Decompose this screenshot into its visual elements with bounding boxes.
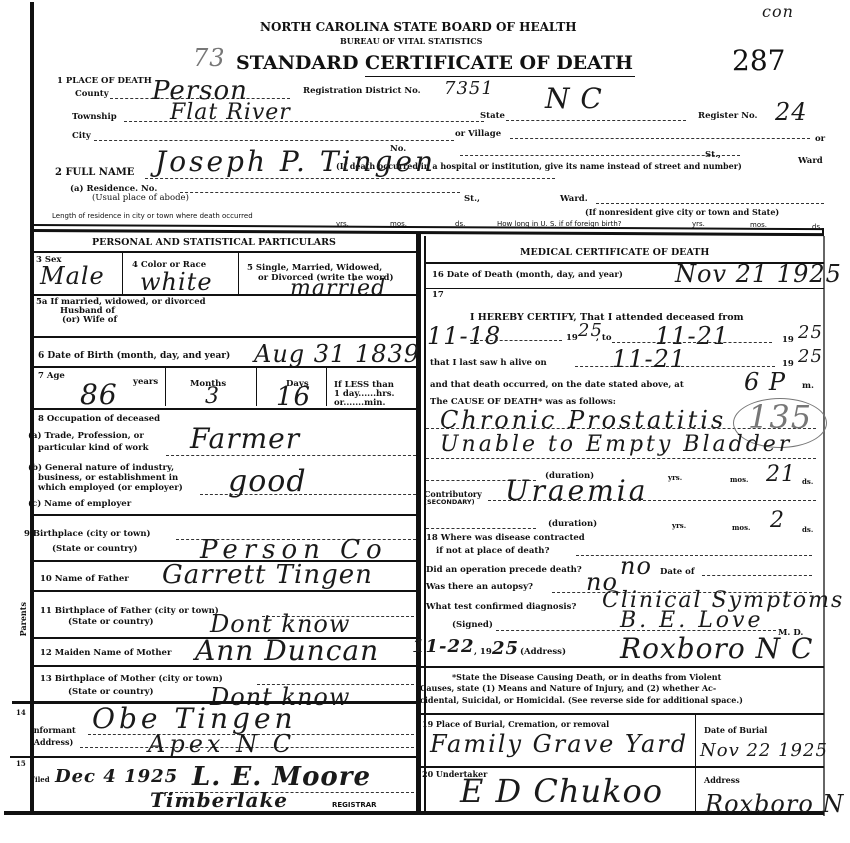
divider <box>238 252 239 294</box>
address-value[interactable]: Roxboro N C <box>620 632 813 665</box>
bottom-rule <box>4 811 824 815</box>
duration-2-yrs: yrs. <box>672 522 686 529</box>
trade-label-2: particular kind of work <box>38 444 148 453</box>
marital-value[interactable]: married <box>290 276 386 301</box>
duration-2-value[interactable]: 2 <box>770 508 785 533</box>
birthplace-sub: (State or country) <box>52 545 138 554</box>
register-value[interactable]: 24 <box>775 98 808 126</box>
address-label: (Address) <box>520 648 566 657</box>
register-label: Register No. <box>698 112 757 121</box>
duration-1-value[interactable]: 21 <box>766 462 796 487</box>
nonresident-line <box>596 203 824 204</box>
attended-to-line <box>612 342 772 343</box>
father-bp-label: 11 Birthplace of Father (city or town) <box>40 607 219 616</box>
filed-num: 15 <box>16 760 26 767</box>
rule <box>420 713 824 715</box>
divider <box>165 368 166 406</box>
reg-district-label: Registration District No. <box>303 87 421 96</box>
signed-value[interactable]: B. E. Love <box>620 608 764 633</box>
certificate-number: 287 <box>732 44 785 77</box>
duration-2-ds: ds. <box>802 526 813 533</box>
marital-label-1: 5 Single, Married, Widowed, <box>247 264 382 273</box>
dob-value[interactable]: Aug 31 1839 <box>254 340 420 368</box>
attended-from-line <box>470 340 562 341</box>
divider <box>122 252 123 294</box>
undertaker-address-label: Address <box>704 776 740 784</box>
father-bp-sub: (State or country) <box>68 618 154 627</box>
occupation-label: 8 Occupation of deceased <box>38 415 160 424</box>
county-label: County <box>75 90 109 99</box>
undertaker-value[interactable]: E D Chukoo <box>460 772 663 810</box>
informant-label: Informant <box>30 726 76 734</box>
trade-value[interactable]: Farmer <box>190 422 300 455</box>
title-underline <box>365 76 635 77</box>
industry-value[interactable]: good <box>228 464 307 499</box>
operation-value[interactable]: no <box>620 552 652 580</box>
industry-label-1: (b) General nature of industry, <box>28 464 174 473</box>
burial-date-value[interactable]: Nov 22 1925 <box>700 740 828 761</box>
dod-value[interactable]: Nov 21 1925 <box>675 260 842 288</box>
informant-address-label: (Address) <box>30 738 73 746</box>
mother-bp-sub: (State or country) <box>68 688 154 697</box>
divider <box>326 368 327 406</box>
no-line <box>460 155 740 156</box>
from-year-prefix: 19 <box>566 334 578 343</box>
mother-value[interactable]: Ann Duncan <box>195 634 379 667</box>
nonresident-note: (If nonresident give city or town and St… <box>585 208 779 216</box>
rule <box>32 336 416 338</box>
occurred-label: and that death occurred, on the date sta… <box>430 381 684 390</box>
last-saw-year[interactable]: 25 <box>798 346 823 367</box>
sex-value[interactable]: Male <box>40 262 105 290</box>
operation-label: Did an operation precede death? <box>426 566 582 575</box>
burial-label: 19 Place of Burial, Cremation, or remova… <box>422 720 609 728</box>
father-label: 10 Name of Father <box>40 575 129 584</box>
date-of-line <box>702 575 812 576</box>
to-label: , to <box>596 334 612 343</box>
residence-ward-label: Ward. <box>560 195 588 204</box>
rule <box>426 288 824 289</box>
trade-line <box>166 455 416 456</box>
township-label: Township <box>72 113 117 122</box>
filed-label: Filed <box>30 776 50 783</box>
state-label: State <box>480 112 505 121</box>
middle-divider <box>416 232 421 814</box>
industry-label-2: business, or establishment in <box>38 474 178 483</box>
burial-divider <box>695 715 696 813</box>
full-name-label: 2 FULL NAME <box>55 168 134 179</box>
birthplace-label: 9 Birthplace (city or town) <box>24 530 151 539</box>
dob-label: 6 Date of Birth (month, day, and year) <box>38 352 230 361</box>
signed-year[interactable]: 25 <box>492 638 519 659</box>
to-year-prefix: 19 <box>782 336 794 345</box>
rule <box>32 366 416 368</box>
dod-label: 16 Date of Death (month, day, and year) <box>432 271 623 280</box>
item-17: 17 <box>432 291 444 300</box>
occurred-suffix: m. <box>802 382 814 391</box>
contracted-label-2: if not at place of death? <box>436 547 549 556</box>
city-label: City <box>72 132 91 141</box>
employer-label: (c) Name of employer <box>28 500 131 509</box>
test-label: What test confirmed diagnosis? <box>426 603 576 612</box>
cause-line-2-value[interactable]: Unable to Empty Bladder <box>440 432 792 457</box>
last-saw-value[interactable]: 11-21 <box>612 345 686 373</box>
st-label: St., <box>705 151 721 160</box>
state-line <box>506 120 686 121</box>
secondary-label: (SECONDARY) <box>424 499 475 506</box>
filed-value[interactable]: Dec 4 1925 <box>55 766 178 787</box>
spouse-label-3: (or) Wife of <box>62 316 117 325</box>
undertaker-address-value[interactable]: Roxboro N C <box>705 790 850 818</box>
residence-line <box>180 192 460 193</box>
footnote-3: cidental, Suicidal, or Homicidal. (See r… <box>420 696 743 704</box>
signed-year-label: , 19 <box>474 648 492 657</box>
registrar-place[interactable]: Timberlake <box>150 788 288 812</box>
cause-line-1-value[interactable]: Chronic Prostatitis <box>440 406 726 434</box>
or-label: or <box>815 135 825 144</box>
village-label: or Village <box>455 130 501 139</box>
burial-date-label: Date of Burial <box>704 726 767 734</box>
trade-label-1: (a) Trade, Profession, or <box>28 432 144 441</box>
township-value[interactable]: Flat River <box>170 100 291 125</box>
duration-2-line <box>426 528 536 529</box>
rule <box>32 514 416 516</box>
age-months-value[interactable]: 3 <box>205 384 220 409</box>
residence-st-label: St., <box>464 195 480 204</box>
registrar-label: REGISTRAR <box>332 802 377 809</box>
signed-date[interactable]: 11-22 <box>412 636 475 657</box>
burial-value[interactable]: Family Grave Yard <box>430 730 688 758</box>
date-of-label: Date of <box>660 568 695 577</box>
attended-from-value[interactable]: 11-18 <box>427 322 501 350</box>
occurred-value[interactable]: 6 P <box>744 368 786 396</box>
rule <box>32 294 416 296</box>
less-label-3: or.......min. <box>334 399 385 408</box>
bureau-title: BUREAU OF VITAL STATISTICS <box>340 36 482 46</box>
age-years-value[interactable]: 86 <box>80 378 118 411</box>
city-line <box>94 140 454 141</box>
ward-label: Ward <box>798 157 823 166</box>
cause-code: 135 <box>748 398 812 436</box>
race-value[interactable]: white <box>140 268 213 296</box>
reg-district-value[interactable]: 7351 <box>444 78 494 99</box>
informant-num: 14 <box>16 709 26 716</box>
duration-1-yrs: yrs. <box>668 474 682 481</box>
rule <box>33 665 416 667</box>
years-label: years <box>133 378 158 387</box>
certificate-title: STANDARD CERTIFICATE OF DEATH <box>236 52 633 74</box>
rule <box>33 590 416 592</box>
duration-1-ds: ds. <box>802 478 813 485</box>
footnote-2: Causes, state (1) Means and Nature of In… <box>420 684 716 692</box>
parents-divider <box>32 560 33 700</box>
cause-line-2 <box>426 458 816 459</box>
rule <box>420 666 824 668</box>
rule <box>32 408 416 410</box>
agency-title: NORTH CAROLINA STATE BOARD OF HEALTH <box>260 20 577 34</box>
name-line <box>145 178 555 179</box>
state-value[interactable]: N C <box>545 82 603 115</box>
attended-to-year[interactable]: 25 <box>798 322 823 343</box>
mother-label: 12 Maiden Name of Mother <box>40 649 171 658</box>
personal-heading: PERSONAL AND STATISTICAL PARTICULARS <box>92 238 336 248</box>
length-residence-label: Length of residence in city or town wher… <box>52 213 253 220</box>
rule <box>32 251 416 253</box>
parents-label: Parents <box>19 602 27 636</box>
duration-2-mos: mos. <box>732 524 750 531</box>
margin-note: 73 <box>193 44 226 72</box>
last-saw-label: that I last saw h alive on <box>430 359 547 368</box>
signed-label: (Signed) <box>452 621 493 630</box>
contracted-line <box>576 555 812 556</box>
duration-1-mos: mos. <box>730 476 748 483</box>
age-label: 7 Age <box>38 372 65 381</box>
right-border <box>823 236 825 816</box>
full-name-value[interactable]: Joseph P. Tingen <box>155 145 436 178</box>
residence-sub: (Usual place of abode) <box>92 194 189 203</box>
double-rule-2 <box>32 229 824 236</box>
footnote-1: *State the Disease Causing Death, or in … <box>452 673 721 681</box>
duration-2-label: (duration) <box>548 520 597 529</box>
informant-address-value[interactable]: Apex N C <box>148 730 295 758</box>
medical-heading: MEDICAL CERTIFICATE OF DEATH <box>520 248 709 258</box>
place-of-death-label: 1 PLACE OF DEATH <box>57 77 152 86</box>
industry-label-3: which employed (or employer) <box>38 484 183 493</box>
mother-bp-label: 13 Birthplace of Mother (city or town) <box>40 675 223 684</box>
contributory-value[interactable]: Uraemia <box>505 474 648 507</box>
rule <box>10 756 416 758</box>
father-value[interactable]: Garrett Tingen <box>162 560 373 590</box>
contracted-label-1: 18 Where was disease contracted <box>426 534 585 543</box>
corner-note: con <box>762 2 794 21</box>
autopsy-label: Was there an autopsy? <box>426 583 533 592</box>
village-line <box>510 138 810 139</box>
rule <box>420 766 824 768</box>
divider <box>256 368 257 406</box>
